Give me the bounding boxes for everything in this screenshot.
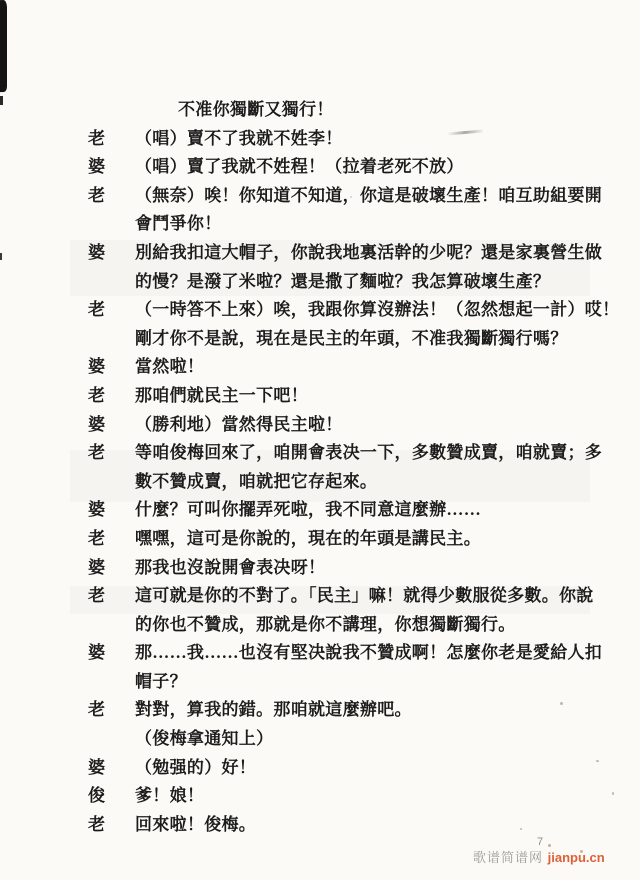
speaker-label: 婆 xyxy=(88,238,135,263)
speaker-label: 老 xyxy=(88,181,135,206)
scan-speck xyxy=(548,844,551,847)
dialogue-text: （俊梅拿通知上） xyxy=(135,724,273,749)
speaker-label: 婆 xyxy=(88,495,135,520)
speaker-label: 俊 xyxy=(88,781,135,806)
scan-speck xyxy=(520,828,522,830)
dialogue-text: 不准你獨斷又獨行！ xyxy=(178,95,334,120)
script-line: 俊爹！娘！ xyxy=(0,781,640,810)
script-line: 婆（勝利地）當然得民主啦！ xyxy=(0,410,640,439)
speaker-label: 婆 xyxy=(88,553,135,578)
dialogue-text: 的慢？是潑了米啦？還是撒了麵啦？我怎算破壞生產？ xyxy=(135,267,550,292)
dialogue-text: （無奈）唉！你知道不知道，你這是破壞生產！咱互助組要開 xyxy=(135,181,602,206)
dialogue-text: 那……我……也沒有堅决說我不贊成啊！怎麼你老是愛給人扣 xyxy=(135,638,602,663)
scan-speck xyxy=(612,792,614,795)
script-line: 婆（唱）賣了我就不姓程！（拉着老死不放） xyxy=(0,152,640,181)
script-line: 婆那……我……也沒有堅决說我不贊成啊！怎麼你老是愛給人扣 xyxy=(0,638,640,667)
scanned-script-page: 不准你獨斷又獨行！ 老（唱）賣不了我就不姓李！ 婆（唱）賣了我就不姓程！（拉着老… xyxy=(0,0,640,880)
speaker-label: 老 xyxy=(88,524,135,549)
dialogue-text: （一時答不上來）唉，我跟你算沒辦法！（忽然想起一計）哎！ xyxy=(135,295,619,320)
script-line: 老（一時答不上來）唉，我跟你算沒辦法！（忽然想起一計）哎！ xyxy=(0,295,640,324)
script-line: 老（唱）賣不了我就不姓李！ xyxy=(0,124,640,153)
dialogue-text: 當然啦！ xyxy=(135,352,204,377)
dialogue-text: （勝利地）當然得民主啦！ xyxy=(135,410,343,435)
speaker-label: 婆 xyxy=(88,152,135,177)
script-line: 婆那我也沒說開會表决呀！ xyxy=(0,553,640,582)
dialogue-text: （唱）賣了我就不姓程！（拉着老死不放） xyxy=(135,152,464,177)
speaker-label: 老 xyxy=(88,381,135,406)
watermark: 歌谱简谱网 jianpu.cn xyxy=(473,847,605,866)
script-line: 帽子？ xyxy=(0,667,640,696)
speaker-label: 老 xyxy=(88,581,135,606)
dialogue-block: 不准你獨斷又獨行！ 老（唱）賣不了我就不姓李！ 婆（唱）賣了我就不姓程！（拉着老… xyxy=(0,95,640,838)
speaker-label: 老 xyxy=(88,438,135,463)
scan-speck xyxy=(596,760,599,762)
watermark-site-name: 歌谱简谱网 xyxy=(473,850,543,865)
scan-speck xyxy=(350,196,352,198)
script-line: 婆別給我扣這大帽子，你說我地裏活幹的少呢？還是家裏營生做 xyxy=(0,238,640,267)
script-line: 不准你獨斷又獨行！ xyxy=(0,95,640,124)
dialogue-text: 帽子？ xyxy=(135,667,187,692)
dialogue-text: 什麼？可叫你擺弄死啦，我不同意這麼辦…… xyxy=(135,495,481,520)
script-line: 數不贊成賣，咱就把它存起來。 xyxy=(0,467,640,496)
dialogue-text: 的你也不贊成，那就是你不講理，你想獨斷獨行。 xyxy=(135,610,516,635)
script-line: 老這可就是你的不對了。「民主」嘛！就得少數服從多數。你說 xyxy=(0,581,640,610)
script-line: 老回來啦！俊梅。 xyxy=(0,810,640,839)
dialogue-text: 數不贊成賣，咱就把它存起來。 xyxy=(135,467,377,492)
speaker-label: 老 xyxy=(88,810,135,835)
dialogue-text: （唱）賣不了我就不姓李！ xyxy=(135,124,343,149)
dialogue-text: 剛才你不是說，現在是民主的年頭，不准我獨斷獨行嗎？ xyxy=(135,324,568,349)
speaker-label: 老 xyxy=(88,124,135,149)
script-line: 老等咱俊梅回來了，咱開會表决一下，多數贊成賣，咱就賣；多 xyxy=(0,438,640,467)
script-line: 剛才你不是說，現在是民主的年頭，不准我獨斷獨行嗎？ xyxy=(0,324,640,353)
dialogue-text: 對對，算我的錯。那咱就這麼辦吧。 xyxy=(135,695,412,720)
script-line: 會鬥爭你！ xyxy=(0,209,640,238)
dialogue-text: 那我也沒說開會表决呀！ xyxy=(135,553,325,578)
speaker-label: 婆 xyxy=(88,753,135,778)
dialogue-text: 這可就是你的不對了。「民主」嘛！就得少數服從多數。你說 xyxy=(135,581,594,606)
dialogue-text: 別給我扣這大帽子，你說我地裏活幹的少呢？還是家裏營生做 xyxy=(135,238,602,263)
script-line: 婆什麼？可叫你擺弄死啦，我不同意這麼辦…… xyxy=(0,495,640,524)
dialogue-text: 嘿嘿，這可是你說的，現在的年頭是講民主。 xyxy=(135,524,481,549)
dialogue-text: 等咱俊梅回來了，咱開會表决一下，多數贊成賣，咱就賣；多 xyxy=(135,438,602,463)
script-line: （俊梅拿通知上） xyxy=(0,724,640,753)
dialogue-text: 那咱們就民主一下吧！ xyxy=(135,381,308,406)
dialogue-text: 爹！娘！ xyxy=(135,781,204,806)
scan-speck xyxy=(580,850,583,853)
script-line: 的你也不贊成，那就是你不講理，你想獨斷獨行。 xyxy=(0,610,640,639)
speaker-label: 老 xyxy=(88,695,135,720)
watermark-site-url[interactable]: jianpu.cn xyxy=(548,850,605,865)
dialogue-text: 回來啦！俊梅。 xyxy=(135,810,256,835)
speaker-label: 婆 xyxy=(88,352,135,377)
dialogue-text: 會鬥爭你！ xyxy=(135,209,222,234)
script-line: 老對對，算我的錯。那咱就這麼辦吧。 xyxy=(0,695,640,724)
script-line: 婆當然啦！ xyxy=(0,352,640,381)
speaker-label: 婆 xyxy=(88,638,135,663)
script-line: 婆（勉强的）好！ xyxy=(0,753,640,782)
script-line: 老（無奈）唉！你知道不知道，你這是破壞生產！咱互助組要開 xyxy=(0,181,640,210)
dialogue-text: （勉强的）好！ xyxy=(135,753,256,778)
speaker-label: 婆 xyxy=(88,410,135,435)
script-line: 的慢？是潑了米啦？還是撒了麵啦？我怎算破壞生產？ xyxy=(0,267,640,296)
speaker-label: 老 xyxy=(88,295,135,320)
script-line: 老那咱們就民主一下吧！ xyxy=(0,381,640,410)
script-line: 老嘿嘿，這可是你說的，現在的年頭是講民主。 xyxy=(0,524,640,553)
scan-speck xyxy=(560,702,563,705)
scan-smudge xyxy=(0,0,7,92)
